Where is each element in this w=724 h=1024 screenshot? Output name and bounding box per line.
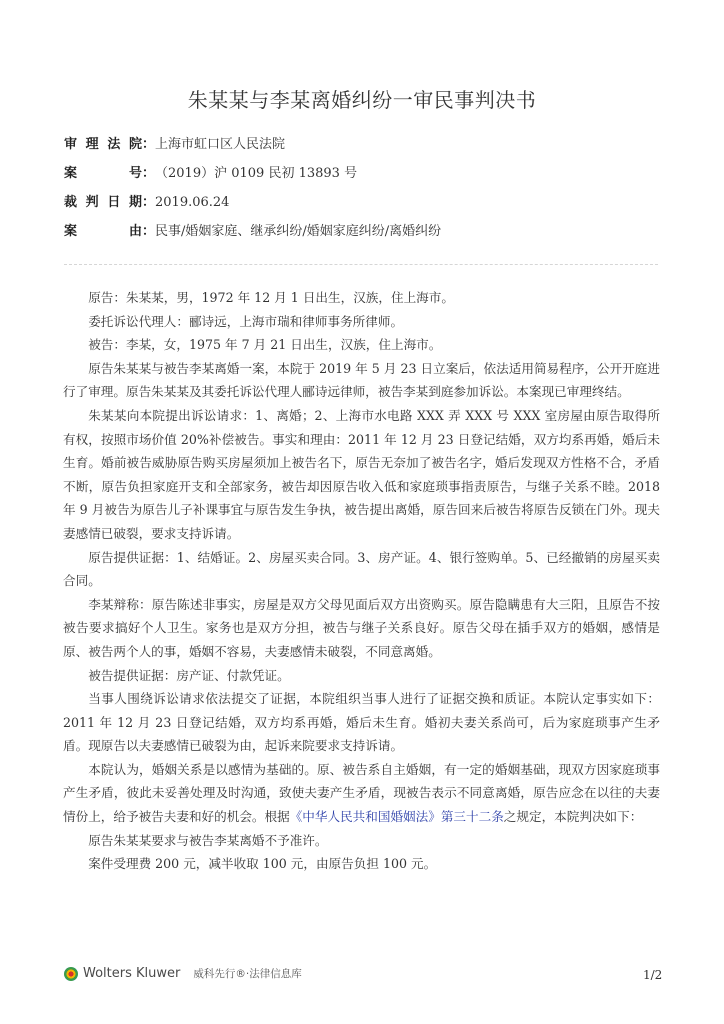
meta-row-judgment-date: 裁 判 日 期 ： 2019.06.24 xyxy=(64,191,664,220)
meta-value-judgment-date: 2019.06.24 xyxy=(155,195,229,210)
case-metadata: 审 理 法 院 ： 上海市虹口区人民法院 案 号 ： （2019）沪 0109 … xyxy=(64,133,664,249)
paragraph-case-intro: 原告朱某某与被告李某离婚一案，本院于 2019 年 5 月 23 日立案后，依法… xyxy=(63,357,660,404)
paragraph-claims: 朱某某向本院提出诉讼请求：1、离婚；2、上海市水电路 XXX 弄 XXX 号 X… xyxy=(63,404,660,546)
meta-row-cause: 案 由 ： 民事/婚姻家庭、继承纠纷/婚姻家庭纠纷/离婚纠纷 xyxy=(64,220,664,249)
document-title: 朱某某与李某离婚纠纷一审民事判决书 xyxy=(0,84,724,113)
meta-value-court: 上海市虹口区人民法院 xyxy=(155,133,285,152)
paragraph-court-opinion: 本院认为，婚姻关系是以感情为基础的。原、被告系自主婚姻，有一定的婚姻基础，现双方… xyxy=(63,758,660,829)
paragraph-findings: 当事人围绕诉讼请求依法提交了证据，本院组织当事人进行了证据交换和质证。本院认定事… xyxy=(63,687,660,758)
meta-label-case-number: 案 号 xyxy=(64,162,142,181)
meta-label-court: 审 理 法 院 xyxy=(64,133,142,152)
meta-row-case-number: 案 号 ： （2019）沪 0109 民初 13893 号 xyxy=(64,162,664,191)
page-number: 1/2 xyxy=(643,968,662,982)
meta-label-cause: 案 由 xyxy=(64,220,142,239)
product-name: 威科先行®·法律信息库 xyxy=(193,966,301,981)
paragraph-defense: 李某辩称：原告陈述非事实，房屋是双方父母见面后双方出资购买。原告隐瞒患有大三阳，… xyxy=(63,593,660,664)
paragraph-defendant-evidence: 被告提供证据：房产证、付款凭证。 xyxy=(63,664,660,688)
meta-value-case-number: （2019）沪 0109 民初 13893 号 xyxy=(155,162,357,181)
judgment-body: 原告：朱某某，男，1972 年 12 月 1 日出生，汉族，住上海市。 委托诉讼… xyxy=(63,286,660,876)
marriage-law-link[interactable]: 《中华人民共和国婚姻法》 xyxy=(290,809,441,824)
article-32-link[interactable]: 第三十二条 xyxy=(441,809,504,824)
brand-name: Wolters Kluwer xyxy=(83,966,180,981)
section-divider xyxy=(64,264,658,265)
footer-branding: Wolters Kluwer 威科先行®·法律信息库 xyxy=(64,966,302,981)
paragraph-defendant: 被告：李某，女，1975 年 7 月 21 日出生，汉族，住上海市。 xyxy=(63,333,660,357)
meta-row-court: 审 理 法 院 ： 上海市虹口区人民法院 xyxy=(64,133,664,162)
meta-value-cause: 民事/婚姻家庭、继承纠纷/婚姻家庭纠纷/离婚纠纷 xyxy=(155,220,441,239)
paragraph-plaintiff: 原告：朱某某，男，1972 年 12 月 1 日出生，汉族，住上海市。 xyxy=(63,286,660,310)
meta-label-judgment-date: 裁 判 日 期 xyxy=(64,191,142,210)
paragraph-judgment-2: 案件受理费 200 元，减半收取 100 元，由原告负担 100 元。 xyxy=(63,852,660,876)
wolters-kluwer-globe-icon xyxy=(64,967,78,981)
paragraph-agent: 委托诉讼代理人：郦诗远，上海市瑞和律师事务所律师。 xyxy=(63,310,660,334)
paragraph-judgment-1: 原告朱某某要求与被告李某离婚不予准许。 xyxy=(63,829,660,853)
paragraph-plaintiff-evidence: 原告提供证据：1、结婚证。2、房屋买卖合同。3、房产证。4、银行签购单。5、已经… xyxy=(63,546,660,593)
